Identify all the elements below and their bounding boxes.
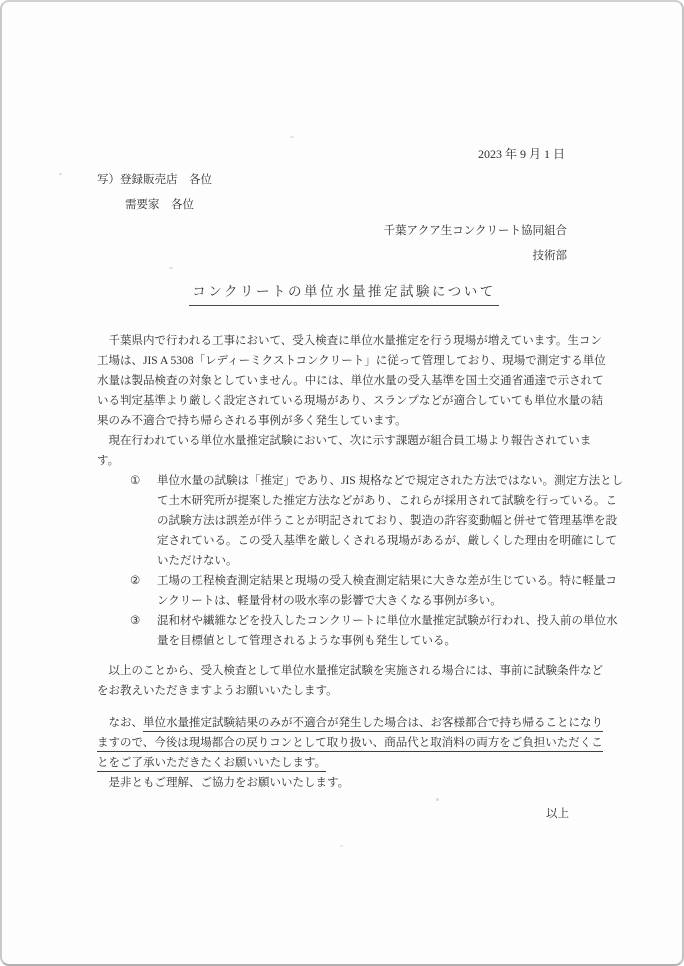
text-line: 単位水量の試験は「推定」であり、JIS 規格などで規定された方法ではない。測定方…: [157, 471, 591, 491]
list-item-text: 単位水量の試験は「推定」であり、JIS 規格などで規定された方法ではない。測定方…: [157, 471, 591, 571]
recipient-block: 写）登録販売店 各位 需要家 各位: [97, 168, 591, 218]
text-line: 果のみ不適合で持ち帰らされる事例が多く発生しています。: [97, 411, 591, 431]
closing-ijou: 以上: [97, 804, 591, 824]
scan-noise-speck: [59, 173, 62, 175]
text-line: ますので、今後は現場都合の戻りコンとして取り扱い、商品代と取消料の両方をご負担い…: [97, 733, 591, 753]
text-line: なお、単位水量推定試験結果のみが不適合が発生した場合は、お客様都合で持ち帰ること…: [97, 713, 591, 733]
underlined-text: とをご了承いただきたくお願いいたします。: [97, 757, 326, 772]
paragraph-intro: 千葉県内で行われる工事において、受入検査に単位水量推定を行う現場が増えています。…: [97, 331, 591, 431]
list-item-marker: ①: [97, 471, 157, 571]
scan-noise-speck: [290, 136, 294, 138]
text-line: て土木研究所が提案した推定方法などがあり、これらが採用されて試験を行っている。こ: [157, 491, 591, 511]
recipient-line-dealers: 写）登録販売店 各位: [97, 168, 591, 193]
document-title: コンクリートの単位水量推定試験について: [189, 282, 498, 306]
scanned-letter-page: 2023 年 9 月 1 日 写）登録販売店 各位 需要家 各位 千葉アクア生コ…: [0, 0, 684, 966]
recipient-line-customers: 需要家 各位: [97, 193, 591, 218]
numbered-list: ①単位水量の試験は「推定」であり、JIS 規格などで規定された方法ではない。測定…: [97, 471, 591, 651]
text-line: 工場の工程検査測定結果と現場の受入検査測定結果に大きな差が生じている。特に軽量コ: [157, 571, 591, 591]
paragraph-request: 以上のことから、受入検査として単位水量推定試験を実施される場合には、事前に試験条…: [97, 661, 591, 701]
scan-noise-speck: [340, 845, 343, 847]
sender-block: 千葉アクア生コンクリート協同組合 技術部: [97, 219, 591, 269]
list-item-marker: ③: [97, 611, 157, 651]
list-item: ③混和材や繊維などを投入したコンクリートに単位水量推定試験が行われ、投入前の単位…: [97, 611, 591, 651]
text-line: いただけない。: [157, 551, 591, 571]
sender-department: 技術部: [97, 244, 567, 269]
text-line: 千葉県内で行われる工事において、受入検査に単位水量推定を行う現場が増えています。…: [97, 331, 591, 351]
paragraph-notice: なお、単位水量推定試験結果のみが不適合が発生した場合は、お客様都合で持ち帰ること…: [97, 713, 591, 773]
text-line: 以上のことから、受入検査として単位水量推定試験を実施される場合には、事前に試験条…: [97, 661, 591, 681]
plain-text: なお、: [97, 717, 143, 729]
text-line: 現在行われている単位水量推定試験において、次に示す課題が組合員工場より報告されて…: [97, 431, 591, 451]
underlined-text: 単位水量推定試験結果のみが不適合が発生した場合は、お客様都合で持ち帰ることになり: [143, 717, 603, 732]
text-line: いる判定基準より厳しく設定されている現場があり、スランプなどが適合していても単位…: [97, 391, 591, 411]
list-item-text: 工場の工程検査測定結果と現場の受入検査測定結果に大きな差が生じている。特に軽量コ…: [157, 571, 591, 611]
text-line: 混和材や繊維などを投入したコンクリートに単位水量推定試験が行われ、投入前の単位水: [157, 611, 591, 631]
letter-content: 2023 年 9 月 1 日 写）登録販売店 各位 需要家 各位 千葉アクア生コ…: [97, 144, 591, 824]
list-item-text: 混和材や繊維などを投入したコンクリートに単位水量推定試験が行われ、投入前の単位水…: [157, 611, 591, 651]
text-line: す。: [97, 451, 591, 471]
paragraph-issues-intro: 現在行われている単位水量推定試験において、次に示す課題が組合員工場より報告されて…: [97, 431, 591, 471]
text-line: 量を目標値として管理されるような事例も発生している。: [157, 631, 591, 651]
scan-noise-speck: [169, 267, 173, 269]
text-line: の試験方法は誤差が伴うことが明記されており、製造の許容変動幅と併せて管理基準を設: [157, 511, 591, 531]
text-line: 定されている。この受入基準を厳しくされる現場があるが、厳しくした理由を明確にして: [157, 531, 591, 551]
text-line: をお教えいただきますようお願いいたします。: [97, 681, 591, 701]
paragraph-cooperation: 是非ともご理解、ご協力をお願いいたします。: [97, 773, 591, 793]
title-row: コンクリートの単位水量推定試験について: [97, 282, 591, 306]
list-item: ①単位水量の試験は「推定」であり、JIS 規格などで規定された方法ではない。測定…: [97, 471, 591, 571]
scan-noise-speck: [436, 798, 439, 801]
list-item-marker: ②: [97, 571, 157, 611]
text-line: 工場は、JIS A 5308「レディーミクストコンクリート」に従って管理しており…: [97, 351, 591, 371]
text-line: 水量は製品検査の対象としていません。中には、単位水量の受入基準を国土交通省通達で…: [97, 371, 591, 391]
text-line: とをご了承いただきたくお願いいたします。: [97, 753, 591, 773]
text-line: ンクリートは、軽量骨材の吸水率の影響で大きくなる事例が多い。: [157, 591, 591, 611]
underlined-text: ますので、今後は現場都合の戻りコンとして取り扱い、商品代と取消料の両方をご負担い…: [97, 737, 603, 752]
list-item: ②工場の工程検査測定結果と現場の受入検査測定結果に大きな差が生じている。特に軽量…: [97, 571, 591, 611]
sender-organization: 千葉アクア生コンクリート協同組合: [97, 219, 567, 244]
date-line: 2023 年 9 月 1 日: [97, 144, 591, 164]
